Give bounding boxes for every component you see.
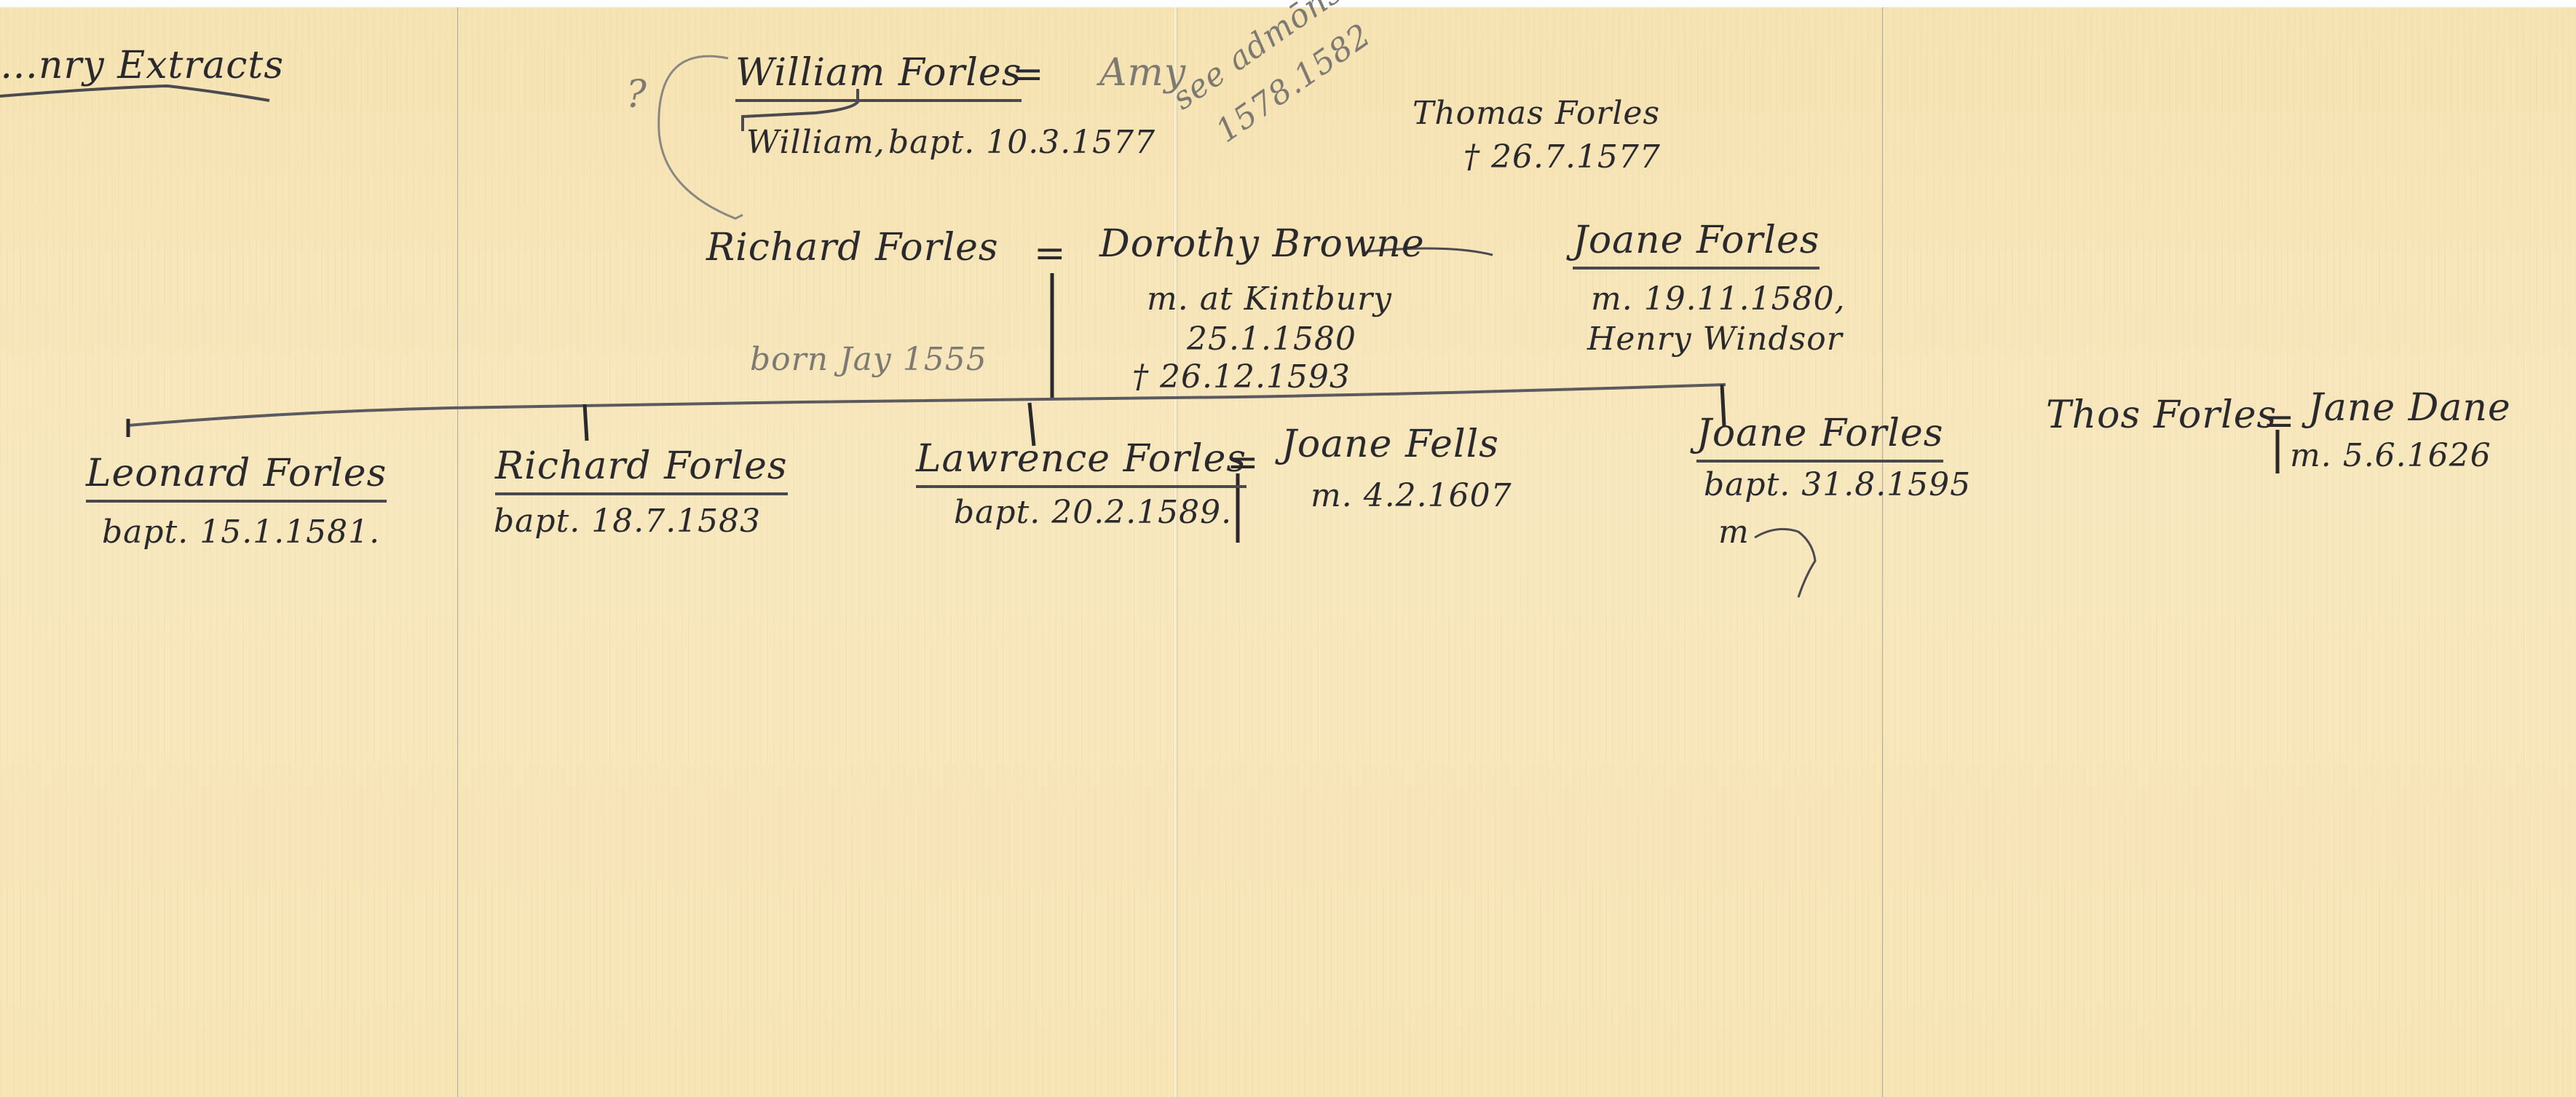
richard-spouse-mark: = — [1034, 232, 1067, 275]
family-tree-connectors — [0, 0, 2576, 1097]
william-son-baptism: bapt. 10.3.1577 — [888, 124, 1155, 161]
thos-jane-married: m. 5.6.1626 — [2290, 437, 2492, 474]
richard-forles-jr-baptism: bapt. 18.7.1583 — [494, 503, 761, 540]
heading-fragment: …nry Extracts — [0, 44, 284, 87]
joane-fells-married: m. 4.2.1607 — [1311, 477, 1512, 514]
joane-fells-name: Joane Fells — [1281, 422, 1499, 466]
thos-forles-name: Thos Forles — [2046, 393, 2277, 437]
lawrence-forles-name: Lawrence Forles — [916, 437, 1246, 488]
joane-forles-gen2-name: Joane Forles — [1573, 219, 1820, 270]
lawrence-spouse-mark: = — [1227, 441, 1260, 484]
thomas-forles-death: † 26.7.1577 — [1463, 138, 1661, 176]
joane-forles-gen2-married: m. 19.11.1580, — [1591, 280, 1846, 318]
question-mark-note: ? — [626, 73, 647, 117]
thomas-forles-name: Thomas Forles — [1413, 95, 1660, 132]
leonard-forles-name: Leonard Forles — [86, 452, 387, 503]
joane-forles-gen3-married-note: m — [1718, 514, 1750, 551]
william-forles-name: William Forles — [735, 51, 1022, 102]
william-spouse-mark: = — [1012, 52, 1045, 96]
richard-forles-name: Richard Forles — [706, 226, 999, 270]
born-note: born Jay 1555 — [750, 341, 987, 378]
jane-dane-name: Jane Dane — [2308, 386, 2511, 430]
dorothy-married-date: 25.1.1580 — [1187, 321, 1356, 358]
joane-spouse-henry-windsor: Henry Windsor — [1587, 321, 1843, 358]
dorothy-death: † 26.12.1593 — [1132, 358, 1351, 396]
dorothy-married-place: m. at Kintbury — [1147, 280, 1392, 318]
joane-forles-gen3-name: Joane Forles — [1696, 412, 1943, 463]
dorothy-browne-name: Dorothy Browne — [1099, 222, 1425, 266]
thos-spouse-mark: = — [2263, 399, 2296, 443]
lawrence-forles-baptism: bapt. 20.2.1589. — [954, 494, 1232, 531]
joane-forles-gen3-baptism: bapt. 31.8.1595 — [1704, 466, 1971, 503]
richard-forles-jr-name: Richard Forles — [495, 444, 788, 495]
leonard-forles-baptism: bapt. 15.1.1581. — [102, 514, 380, 551]
william-son-name: William, — [746, 124, 885, 161]
